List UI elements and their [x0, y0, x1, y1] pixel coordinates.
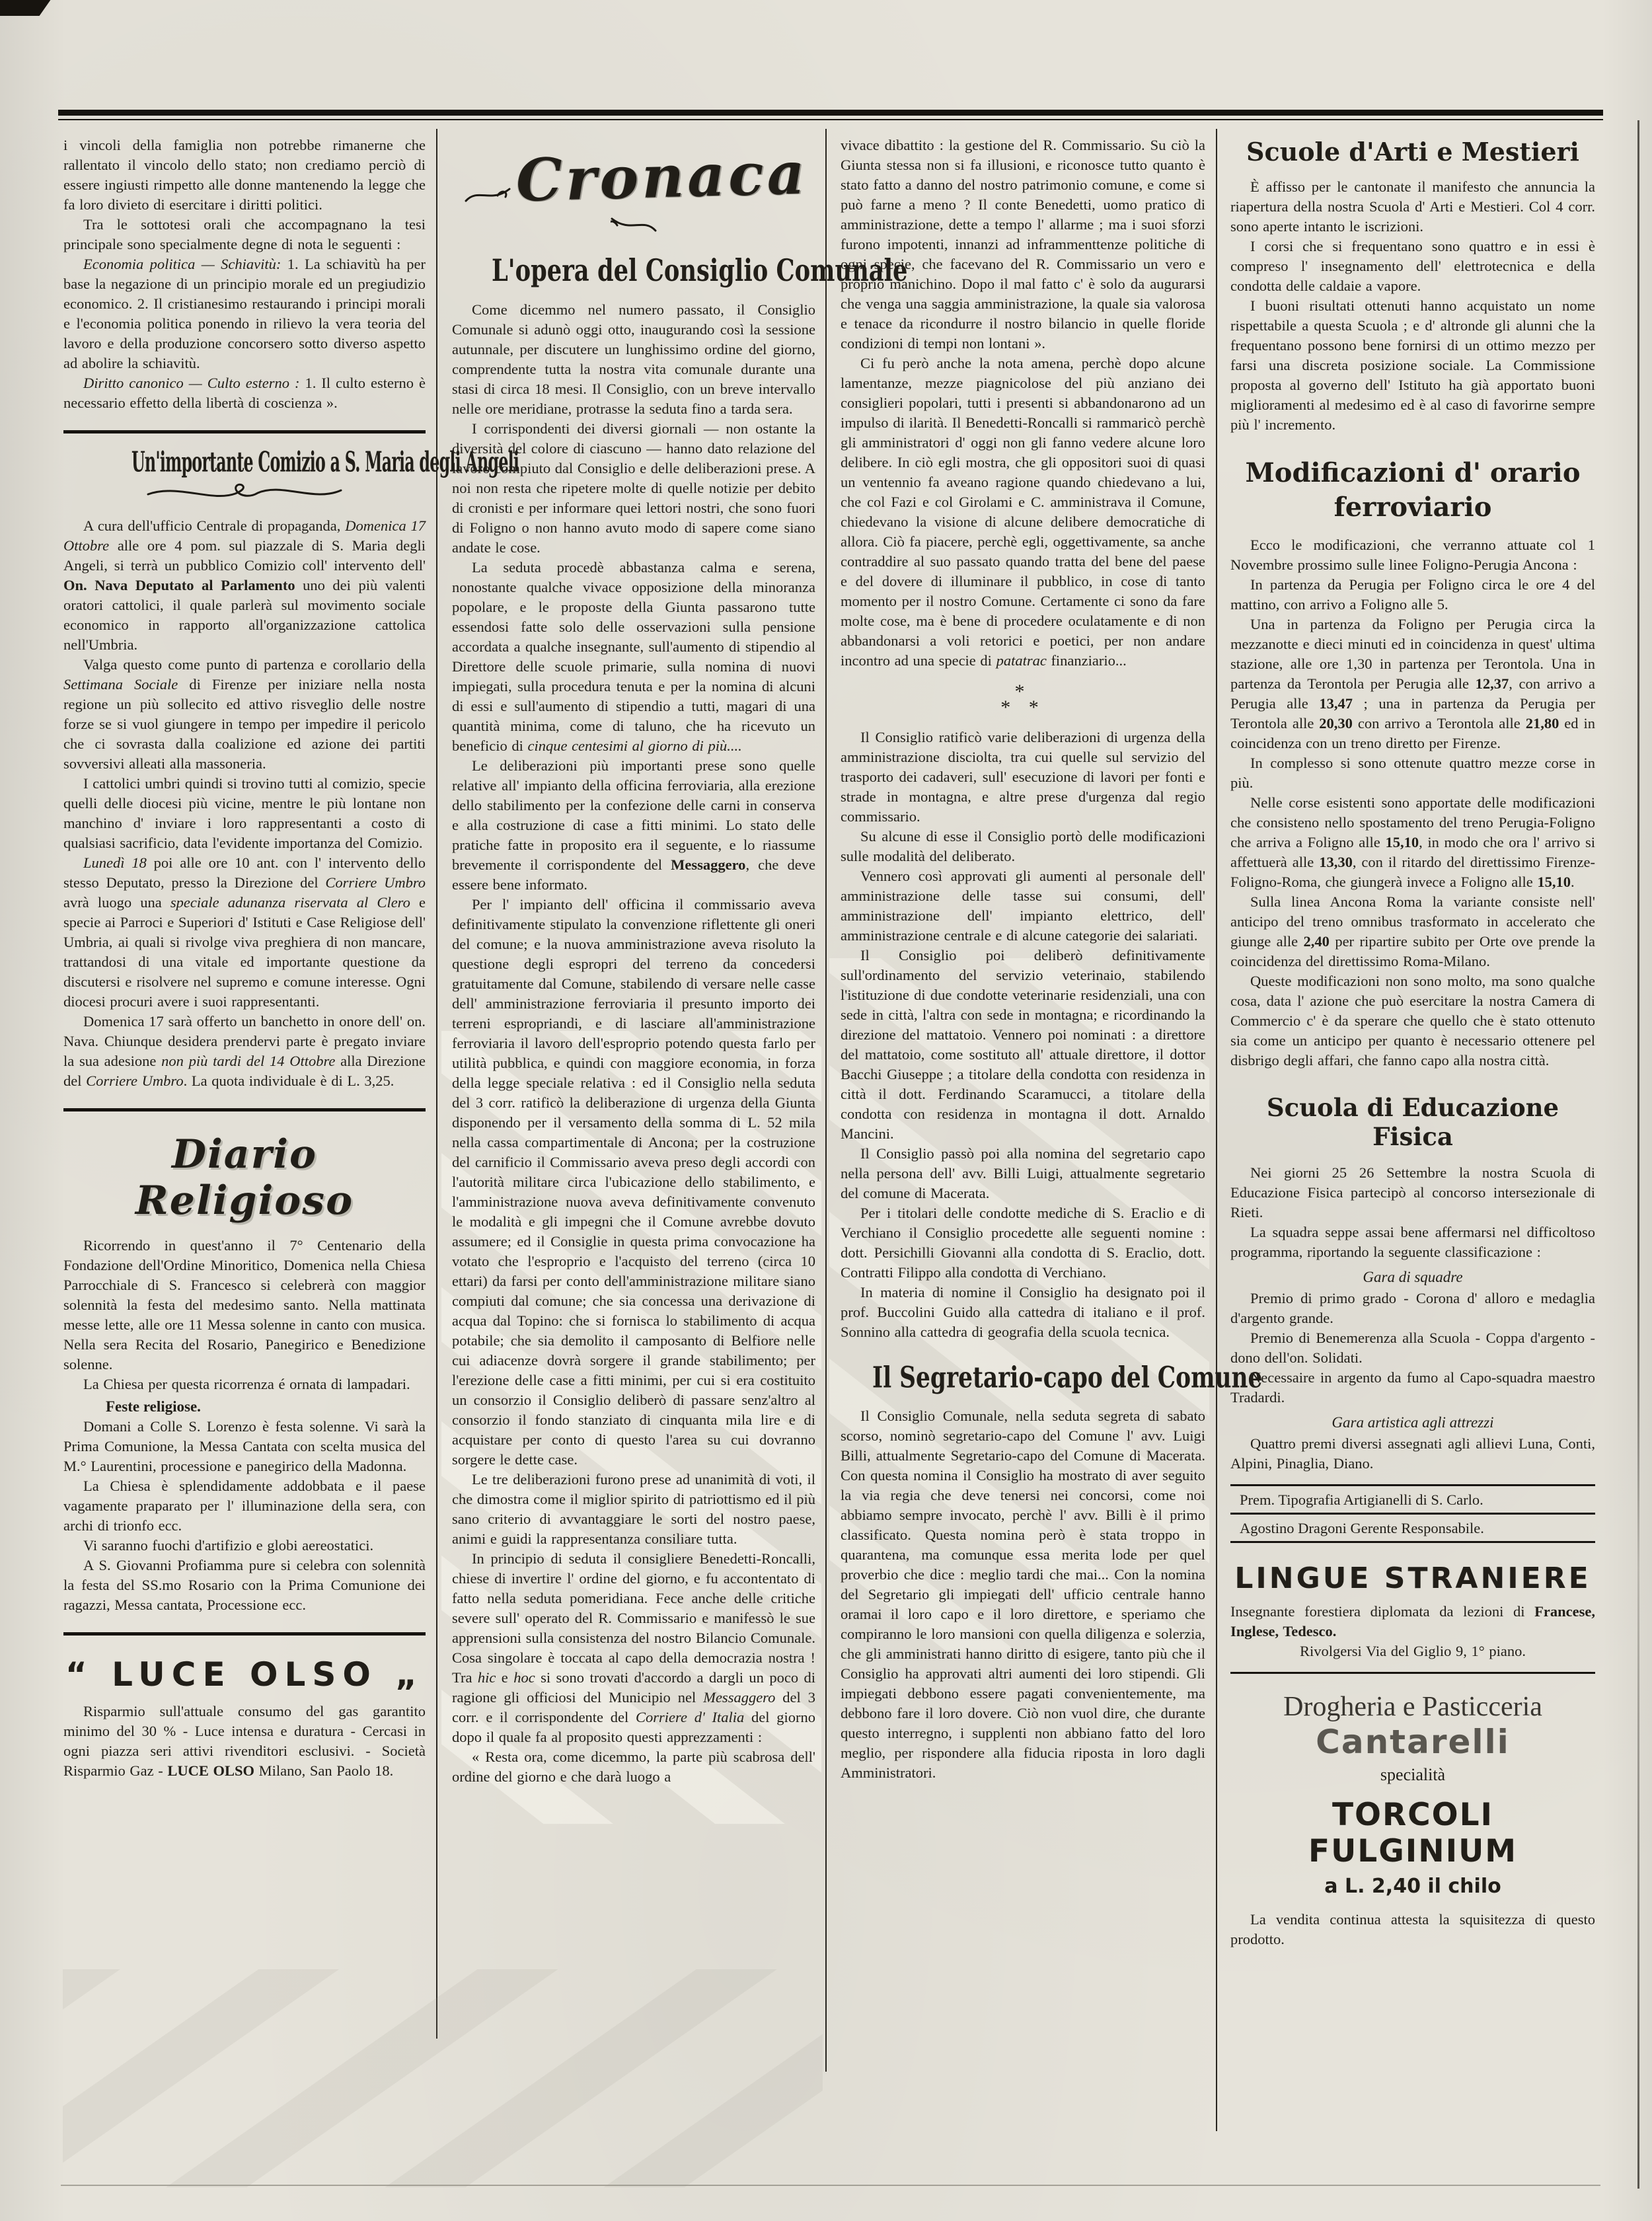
column-2: Cronaca L'opera del Consiglio Comunale C…	[452, 135, 815, 1787]
italic-text: Lunedì 18	[83, 854, 147, 871]
paragraph: Lunedì 18 poi alle ore 10 ant. con l' in…	[63, 853, 426, 1012]
section-rule	[63, 430, 426, 433]
paragraph: Nelle corse esistenti sono apportate del…	[1230, 793, 1595, 892]
paragraph: I corsi che si frequentano sono quattro …	[1230, 237, 1595, 296]
colophon-rule	[1230, 1541, 1595, 1543]
italic-text: speciale adunanza riservata al Clero	[170, 894, 410, 911]
section-rule	[63, 1632, 426, 1636]
bold-text: LUCE OLSO	[167, 1762, 254, 1779]
gara-attrezzi-body: Quattro premi diversi assegnati agli all…	[1230, 1434, 1595, 1474]
column-1: i vincoli della famiglia non potrebbe ri…	[63, 135, 426, 1781]
italic-text: Messaggero	[703, 1689, 775, 1706]
paragraph: La vendita continua attesta la squisitez…	[1230, 1910, 1595, 1949]
paragraph: Quattro premi diversi assegnati agli all…	[1230, 1434, 1595, 1474]
consiglio-deliberations: Il Consiglio ratificò varie deliberazion…	[841, 728, 1205, 1342]
paragraph: vivace dibattito : la gestione del R. Co…	[841, 135, 1205, 354]
paragraph: Premio di primo grado - Corona d' alloro…	[1230, 1289, 1595, 1328]
italic-text: Corriere Umbro	[86, 1073, 183, 1089]
paragraph: La Chiesa per questa ricorrenza é ornata…	[63, 1374, 426, 1394]
scan-artifact	[61, 2185, 1600, 2186]
column-3: vivace dibattito : la gestione del R. Co…	[841, 135, 1205, 1783]
cronaca-title-text: Cronaca	[515, 138, 809, 215]
paragraph: I buoni risultati ottenuti hanno acquist…	[1230, 296, 1595, 435]
scuole-body: È affisso per le cantonate il manifesto …	[1230, 177, 1595, 435]
article-continuation: i vincoli della famiglia non potrebbe ri…	[63, 135, 426, 413]
italic-text: Corriere d' Italia	[636, 1709, 744, 1725]
paragraph: Come dicemmo nel numero passato, il Cons…	[452, 300, 815, 419]
italic-text: cinque centesimi al giorno di più....	[527, 737, 741, 754]
bold-text: Francese, Inglese, Tedesco.	[1230, 1603, 1595, 1639]
colophon-printer: Prem. Tipografia Artigianelli di S. Carl…	[1230, 1491, 1595, 1509]
headline-diario-religioso: Diario Religioso	[63, 1131, 426, 1224]
paragraph: Rivolgersi Via del Giglio 9, 1° piano.	[1230, 1641, 1595, 1661]
paragraph: La Chiesa è splendidamente addobbata e i…	[63, 1476, 426, 1536]
italic-text: Economia politica — Schiavitù:	[83, 256, 281, 272]
paragraph: A S. Giovanni Profiamma pure si celebra …	[63, 1556, 426, 1615]
subhead-gara-attrezzi: Gara artistica agli attrezzi	[1230, 1414, 1595, 1431]
italic-text: Diritto canonico — Culto esterno :	[83, 375, 299, 391]
column-divider	[436, 129, 437, 2039]
paragraph: Premio di Benemerenza alla Scuola - Copp…	[1230, 1328, 1595, 1368]
column-divider	[1216, 129, 1217, 2131]
italic-text: patatrac	[996, 652, 1047, 669]
italic-text: hoc	[513, 1669, 535, 1686]
ad-lingue-straniere-body: Insegnante forestiera diplomata da lezio…	[1230, 1602, 1595, 1661]
column-divider	[825, 129, 827, 2072]
bleed-through-ghost	[63, 1969, 823, 2187]
asterism-bottom: * *	[841, 700, 1205, 716]
bold-text: 2,40	[1304, 933, 1330, 950]
scan-artifact	[1637, 120, 1639, 2189]
paragraph: Vi saranno fuochi d'artifizio e globi ae…	[63, 1536, 426, 1556]
italic-text: Settimana Sociale	[63, 676, 178, 693]
ad-lingue-straniere-headline: LINGUE STRANIERE	[1230, 1562, 1595, 1595]
paragraph: Diritto canonico — Culto esterno : 1. Il…	[63, 373, 426, 413]
bold-text: Messaggero	[671, 856, 745, 873]
headline-comizio: Un'importante Comizio a S. Maria degli A…	[63, 449, 426, 474]
paragraph: In partenza da Perugia per Foligno circa…	[1230, 575, 1595, 615]
paragraph: In principio di seduta il consigliere Be…	[452, 1549, 815, 1747]
paragraph: In complesso si sono ottenute quattro me…	[1230, 753, 1595, 793]
ad-luce-olso-body: Risparmio sull'attuale consumo del gas g…	[63, 1702, 426, 1781]
paragraph: In materia di nomine il Consiglio ha des…	[841, 1283, 1205, 1342]
paragraph: Ci fu però anche la nota amena, perchè d…	[841, 354, 1205, 671]
subhead-feste-religiose: Feste religiose.	[63, 1398, 426, 1415]
paragraph: Nei giorni 25 26 Settembre la nostra Scu…	[1230, 1163, 1595, 1223]
paragraph: Queste modificazioni non sono molto, ma …	[1230, 971, 1595, 1071]
flourish-ornament	[63, 481, 426, 507]
paragraph: Su alcune di esse il Consiglio portò del…	[841, 827, 1205, 866]
bold-text: 20,30	[1319, 715, 1353, 732]
paragraph: Il Consiglio poi deliberò definitivament…	[841, 946, 1205, 1144]
headline-segretario: Il Segretario-capo del Comune	[841, 1362, 1205, 1393]
orario-body: Ecco le modificazioni, che verranno attu…	[1230, 535, 1595, 1071]
paragraph: Domani a Colle S. Lorenzo è festa solenn…	[63, 1417, 426, 1476]
paragraph: Il Consiglio ratificò varie deliberazion…	[841, 728, 1205, 827]
paragraph: Necessaire in argento da fumo al Capo-sq…	[1230, 1368, 1595, 1408]
paragraph: Valga questo come punto di partenza e co…	[63, 655, 426, 774]
paragraph: La squadra seppe assai bene affermarsi n…	[1230, 1223, 1595, 1262]
ad-torcoli-price: a L. 2,40 il chilo	[1230, 1875, 1595, 1898]
italic-text: non più tardi del 14 Ottobre	[161, 1053, 335, 1069]
column-4: Scuole d'Arti e Mestieri È affisso per l…	[1230, 135, 1595, 1949]
paragraph: Insegnante forestiera diplomata da lezio…	[1230, 1602, 1595, 1641]
italic-text: Domenica 17 Ottobre	[63, 517, 426, 554]
diario-body: Ricorrendo in quest'anno il 7° Centenari…	[63, 1236, 426, 1394]
paragraph: Le deliberazioni più importanti prese so…	[452, 756, 815, 895]
italic-text: hic	[478, 1669, 496, 1686]
ad-drogheria-headline: Drogheria e Pasticceria Cantarelli	[1230, 1691, 1595, 1761]
colophon-rule	[1230, 1513, 1595, 1515]
paragraph: « Resta ora, come dicemmo, la parte più …	[452, 1747, 815, 1787]
article-comizio-body: A cura dell'ufficio Centrale di propagan…	[63, 516, 426, 1091]
paragraph: Il Consiglio Comunale, nella seduta segr…	[841, 1406, 1205, 1783]
headline-orario-ferroviario: Modificazioni d' orario ferroviario	[1230, 456, 1595, 525]
opera-continuation: vivace dibattito : la gestione del R. Co…	[841, 135, 1205, 671]
ad-torcoli-body: La vendita continua attesta la squisitez…	[1230, 1910, 1595, 1949]
paragraph: Risparmio sull'attuale consumo del gas g…	[63, 1702, 426, 1781]
paragraph: È affisso per le cantonate il manifesto …	[1230, 177, 1595, 237]
paragraph: Vennero così approvati gli aumenti al pe…	[841, 866, 1205, 946]
paragraph: Economia politica — Schiavitù: 1. La sch…	[63, 254, 426, 373]
newspaper-page: i vincoli della famiglia non potrebbe ri…	[0, 0, 1652, 2221]
paragraph: Sulla linea Ancona Roma la variante cons…	[1230, 892, 1595, 971]
paragraph: Una in partenza da Foligno per Perugia c…	[1230, 615, 1595, 753]
colophon-rule	[1230, 1484, 1595, 1486]
paragraph: i vincoli della famiglia non potrebbe ri…	[63, 135, 426, 215]
opera-body: Come dicemmo nel numero passato, il Cons…	[452, 300, 815, 1787]
bold-text: 13,47	[1319, 695, 1353, 712]
segretario-body: Il Consiglio Comunale, nella seduta segr…	[841, 1406, 1205, 1783]
italic-text: Corriere Umbro	[325, 874, 426, 891]
headline-text: Il Segretario-capo del Comune	[872, 1361, 1262, 1395]
headline-line-1: Modificazioni d' orario	[1230, 456, 1595, 490]
paragraph: I corrispondenti dei diversi giornali — …	[452, 419, 815, 558]
paragraph: Tra le sottotesi orali che accompagnano …	[63, 215, 426, 254]
bold-text: 15,10	[1385, 834, 1419, 850]
ad-specialita-label: specialità	[1230, 1765, 1595, 1785]
educazione-body: Nei giorni 25 26 Settembre la nostra Scu…	[1230, 1163, 1595, 1262]
paragraph: Le tre deliberazioni furono prese ad una…	[452, 1470, 815, 1549]
headline-opera-consiglio: L'opera del Consiglio Comunale	[452, 254, 815, 287]
cronaca-ornament: Cronaca	[452, 142, 815, 237]
section-rule	[63, 1108, 426, 1111]
paragraph: Domenica 17 sarà offerto un banchetto in…	[63, 1012, 426, 1091]
paragraph: Ricorrendo in quest'anno il 7° Centenari…	[63, 1236, 426, 1374]
paragraph: La seduta procedè abbastanza calma e ser…	[452, 558, 815, 756]
bold-text: On. Nava Deputato al Parlamento	[63, 577, 295, 593]
bold-text: 13,30	[1319, 854, 1353, 870]
ad-luce-olso-headline: “ LUCE OLSO „	[63, 1655, 426, 1694]
paragraph: Per i titolari delle condotte mediche di…	[841, 1203, 1205, 1283]
headline-educazione-fisica: Scuola di Educazione Fisica	[1230, 1093, 1595, 1151]
drogheria-brand: Cantarelli	[1316, 1723, 1510, 1761]
paragraph: Per l' impianto dell' officina il commis…	[452, 895, 815, 1470]
drogheria-text: Drogheria e Pasticceria	[1283, 1692, 1542, 1722]
bold-text: 21,80	[1526, 715, 1559, 732]
colophon-manager: Agostino Dragoni Gerente Responsabile.	[1230, 1520, 1595, 1537]
headline-line-2: ferroviario	[1230, 490, 1595, 525]
masthead-rule	[58, 110, 1603, 120]
paragraph: I cattolici umbri quindi si trovino tutt…	[63, 774, 426, 853]
subhead-gara-squadre: Gara di squadre	[1230, 1269, 1595, 1286]
scan-artifact	[0, 0, 50, 16]
asterism-divider: * * *	[841, 684, 1205, 716]
paragraph: Il Consiglio passò poi alla nomina del s…	[841, 1144, 1205, 1203]
headline-scuole-arti: Scuole d'Arti e Mestieri	[1230, 137, 1595, 167]
gara-squadre-body: Premio di primo grado - Corona d' alloro…	[1230, 1289, 1595, 1408]
ad-divider-rule	[1230, 1672, 1595, 1674]
paragraph: A cura dell'ufficio Centrale di propagan…	[63, 516, 426, 655]
bold-text: 12,37	[1476, 675, 1509, 692]
paragraph: Ecco le modificazioni, che verranno attu…	[1230, 535, 1595, 575]
feste-body: Domani a Colle S. Lorenzo è festa solenn…	[63, 1417, 426, 1615]
ad-torcoli-headline: TORCOLI FULGINIUM	[1230, 1797, 1595, 1869]
bold-text: 15,10	[1537, 874, 1571, 890]
